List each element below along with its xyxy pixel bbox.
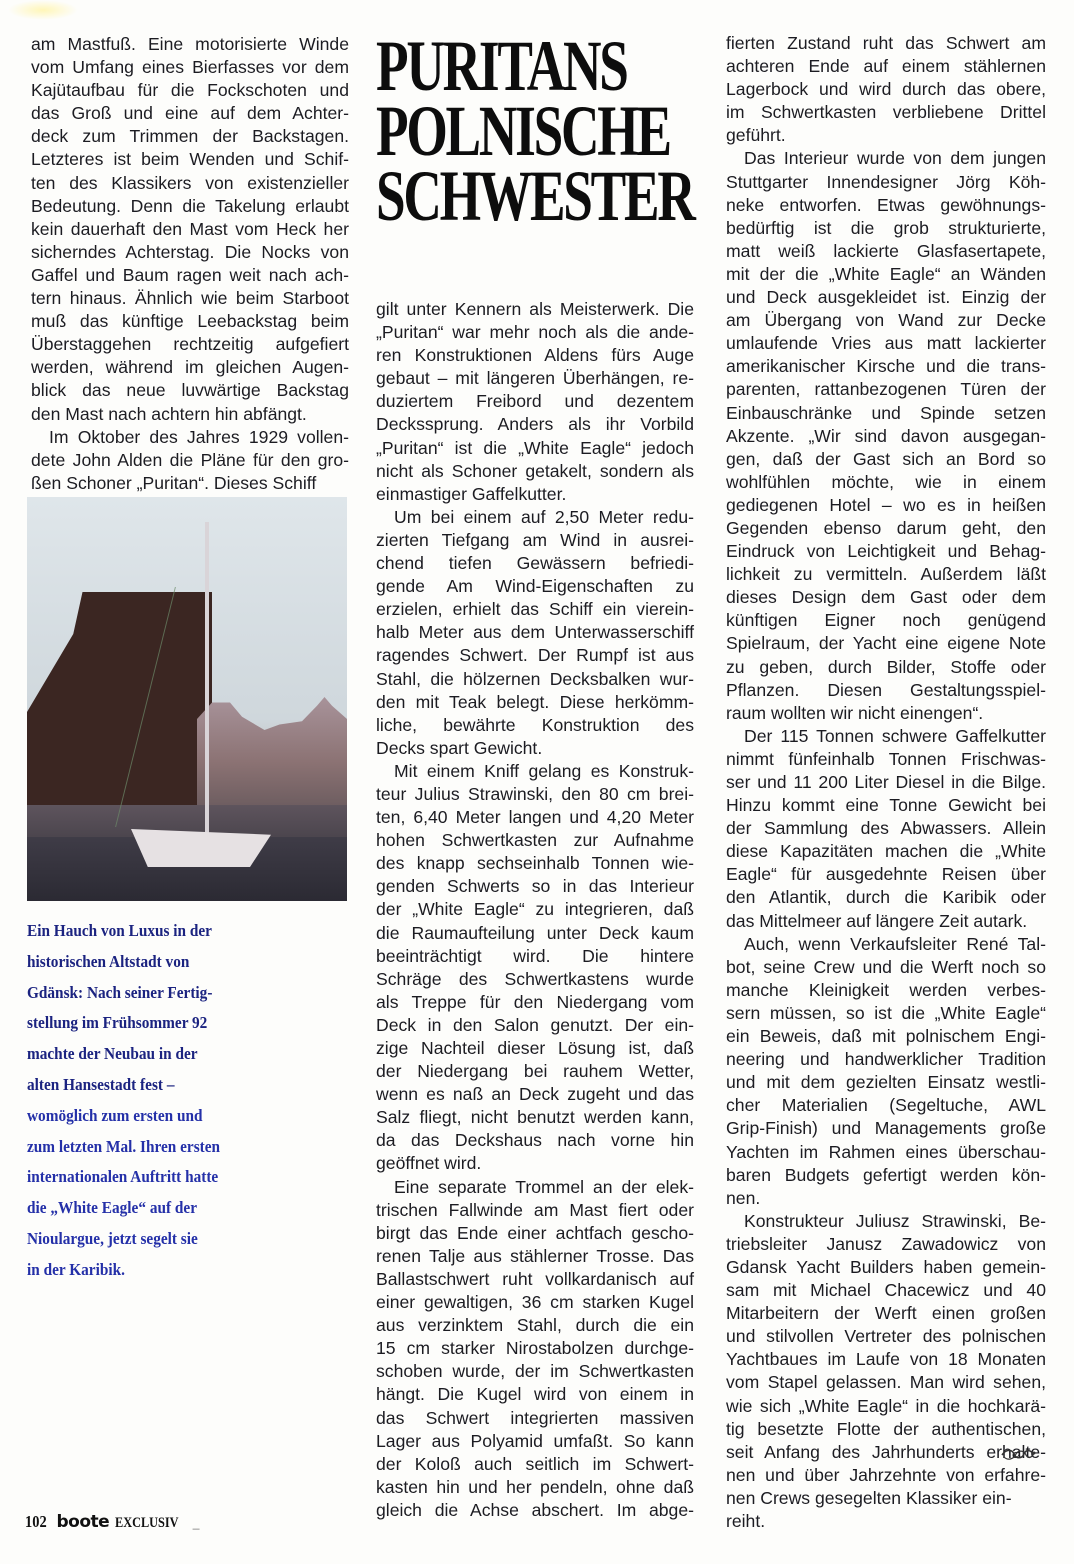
text-line: den mit Teak belegt. Diese herkömm- <box>376 691 694 714</box>
text-line: Pflanzen. Diesen Gestaltungsspiel- <box>726 679 1046 702</box>
text-line: neering und handwerklicher Tradition <box>726 1048 1046 1071</box>
page-footer: 102 boote EXCLUSIV _ <box>25 1512 199 1532</box>
text-line: renen Talje aus stählerner Trosse. Das <box>376 1245 694 1268</box>
text-line: Deckssprung. Anders als ihr Vorbild <box>376 413 694 436</box>
caption-line: internationalen Auftritt hatte <box>27 1162 297 1193</box>
text-line: ten des Klassikers von existenzieller <box>31 172 349 195</box>
text-line: und stilvollen Vertreter des polnischen <box>726 1325 1046 1348</box>
text-line: und Deck ausgekleidet ist. Einzig der <box>726 286 1046 309</box>
text-line: Kajütaufbau für die Fockschoten und <box>31 79 349 102</box>
text-line: gen, daß der Gast sich an Bord so <box>726 448 1046 471</box>
text-line: tig besetzte Flotte der authentischen, <box>726 1418 1046 1441</box>
text-line: cher Materialien (Segeltuche, AWL <box>726 1094 1046 1117</box>
text-line: nen Crews gesegelten Klassiker ein- <box>726 1487 1046 1510</box>
text-line: amerikanischer Kirsche und die trans- <box>726 355 1046 378</box>
text-line: das Mittelmeer auf längere Zeit autark. <box>726 910 1046 933</box>
text-line: einmastiger Gaffelkutter. <box>376 483 694 506</box>
text-line: da das Deckshaus nach vorne hin <box>376 1129 694 1152</box>
headline-line-3: SCHWESTER <box>376 164 620 229</box>
text-line: „Puritan“ war mehr noch als die ande- <box>376 321 694 344</box>
text-line: vom Umfang eines Bierfasses vor dem <box>31 56 349 79</box>
text-line: hängt. Die Kugel wird von einem in <box>376 1383 694 1406</box>
text-line: Schräge des Schwertkastens wurde <box>376 968 694 991</box>
text-line: Salz fliegt, nicht benutzt werden kann, <box>376 1106 694 1129</box>
text-line: Stuttgarter Innendesigner Jörg Köh- <box>726 171 1046 194</box>
text-line: mit der die „White Eagle“ an Wänden <box>726 263 1046 286</box>
text-line: sicherndes Achterstag. Die Nocks von <box>31 241 349 264</box>
text-line: nen. <box>726 1187 1046 1210</box>
text-line: der Niedergang bei rauhem Wetter, <box>376 1060 694 1083</box>
caption-line: zum letzten Mal. Ihren ersten <box>27 1132 297 1163</box>
text-line: Mitarbeitern der Werft einen großen <box>726 1302 1046 1325</box>
magazine-section: EXCLUSIV <box>115 1515 179 1532</box>
text-line: kein dauerhaft den Mast vom Heck her <box>31 218 349 241</box>
text-line: gende Am Wind-Eigenschaften zu <box>376 575 694 598</box>
caption-line: in der Karibik. <box>27 1255 297 1286</box>
text-line: erzielen, erhielt das Schiff ein vierein… <box>376 598 694 621</box>
rope-knot-end-icon <box>1000 1447 1036 1461</box>
text-line: dete John Alden die Pläne für den gro- <box>31 449 349 472</box>
text-line: ser und 11 200 Liter Diesel in die Bilge… <box>726 771 1046 794</box>
text-line: triebsleiter Janusz Zawadowicz von <box>726 1233 1046 1256</box>
text-line: im Schwertkasten verbliebene Drittel <box>726 101 1046 124</box>
caption-line: machte der Neubau in der <box>27 1039 297 1070</box>
text-line: Um bei einem auf 2,50 Meter redu- <box>376 506 694 529</box>
text-line: der Sammlung des Abwassers. Allein <box>726 817 1046 840</box>
text-line: diese Kapazitäten machen die „White <box>726 840 1046 863</box>
headline-line-2: POLNISCHE <box>376 99 620 164</box>
text-line: als Treppe für den Niedergang vom <box>376 991 694 1014</box>
text-line: das Schwert integrierten massiven <box>376 1407 694 1430</box>
text-line: parenten, rattanbezogenen Türen der <box>726 378 1046 401</box>
text-line: nimmt fünfeinhalb Tonnen Frischwas- <box>726 748 1046 771</box>
text-line: deck zum Trimmen der Backstagen. <box>31 125 349 148</box>
text-line: umlaufende Vries aus matt lackierter <box>726 332 1046 355</box>
article-column-1: am Mastfuß. Eine motorisierte Windevom U… <box>31 33 349 495</box>
text-line: bot, seine Crew und die Werft noch so <box>726 956 1046 979</box>
text-line: Hinzu kommt eine Tonne Gewicht bei <box>726 794 1046 817</box>
text-line: Grip-Finish) und Managements große <box>726 1117 1046 1140</box>
text-line: fierten Zustand ruht das Schwert am <box>726 32 1046 55</box>
headline: PURITANS POLNISCHE SCHWESTER <box>376 34 620 229</box>
text-line: Gaffel und Baum ragen weit nach ach- <box>31 264 349 287</box>
text-line: bedürftig ist die grob strukturierte, <box>726 217 1046 240</box>
text-line: reiht. <box>726 1510 1046 1533</box>
text-line: genden Schwerts so in das Interieur <box>376 875 694 898</box>
caption-line: historischen Altstadt von <box>27 947 297 978</box>
text-line: Eagle“ für ausgedehnte Reisen über <box>726 863 1046 886</box>
text-line: duziertem Freibord und dezentem <box>376 390 694 413</box>
text-line: sern müssen, so ist die „White Eagle“ <box>726 1002 1046 1025</box>
text-line: Überstaggehen rechtzeitig aufgefiert <box>31 333 349 356</box>
text-line: wenn es naß an Deck zugeht und das <box>376 1083 694 1106</box>
text-line: das Groß und eine auf dem Achter- <box>31 102 349 125</box>
caption-line: womöglich zum ersten und <box>27 1101 297 1132</box>
text-line: Lager aus Polyamid umfaßt. So kann <box>376 1430 694 1453</box>
text-line: tern hinaus. Ähnlich wie beim Starboot <box>31 287 349 310</box>
text-line: Yachtbaues im Laufe von 18 Monaten <box>726 1348 1046 1371</box>
text-line: achteren Ende auf einem stählernen <box>726 55 1046 78</box>
text-line: chend tiefen Gewässern befriedi- <box>376 552 694 575</box>
caption-line: Gdänsk: Nach seiner Fertig- <box>27 978 297 1009</box>
text-line: Spielraum, der Yacht eine eigene Note <box>726 632 1046 655</box>
text-line: trischen Fallwinde am Mast fiert oder <box>376 1199 694 1222</box>
article-column-2: gilt unter Kennern als Meisterwerk. Die„… <box>376 298 694 1522</box>
text-line: Decks spart Gewicht. <box>376 737 694 760</box>
text-line: am Übergang von Wand zur Decke <box>726 309 1046 332</box>
text-line: Auch, wenn Verkaufsleiter René Tal- <box>726 933 1046 956</box>
text-line: beeinträchtigt wird. Die hintere <box>376 945 694 968</box>
text-line: ein Beweis, daß mit polnischem Engi- <box>726 1025 1046 1048</box>
page-number: 102 <box>25 1512 47 1532</box>
text-line: zige Nachteil dieser Lösung ist, daß <box>376 1037 694 1060</box>
text-line: zierten Tiefgang am Wind in ausrei- <box>376 529 694 552</box>
text-line: ragendes Schwert. Der Rumpf ist aus <box>376 644 694 667</box>
text-line: und mit dem gezielten Einsatz westli- <box>726 1071 1046 1094</box>
headline-line-1: PURITANS <box>376 34 620 99</box>
text-line: kasten hin und her pendeln, ohne daß <box>376 1476 694 1499</box>
caption-line: Nioulargue, jetzt segelt sie <box>27 1224 297 1255</box>
text-line: 15 cm starker Nirostabolzen durchge- <box>376 1337 694 1360</box>
text-line: der „White Eagle“ zu integrieren, daß <box>376 898 694 921</box>
text-line: vom Stapel gelassen. Man wird sehen, <box>726 1371 1046 1394</box>
text-line: Ballastschwert ruht vollkardanisch auf <box>376 1268 694 1291</box>
text-line: Konstrukteur Juliusz Strawinski, Be- <box>726 1210 1046 1233</box>
text-line: Yachten im Rahmen eines überschau- <box>726 1141 1046 1164</box>
text-line: gilt unter Kennern als Meisterwerk. Die <box>376 298 694 321</box>
text-line: Gegenden ebenso darum geht, den <box>726 517 1046 540</box>
text-line: Stahl, die hölzernen Decksbalken wur- <box>376 668 694 691</box>
footer-dash: _ <box>193 1516 200 1530</box>
text-line: ten, 6,40 Meter langen und 4,20 Meter <box>376 806 694 829</box>
text-line: die Raumaufteilung unter Deck kaum <box>376 922 694 945</box>
text-line: Einbauschränke und Spinde setzen <box>726 402 1046 425</box>
text-line: hohen Schwertkasten zur Aufnahme <box>376 829 694 852</box>
magazine-logo: boote <box>57 1512 110 1532</box>
text-line: Akzente. „Wir sind davon ausgegan- <box>726 425 1046 448</box>
text-line: „Puritan“ ist die „White Eagle“ jedoch <box>376 437 694 460</box>
photo-white-eagle-gdansk <box>27 497 347 901</box>
text-line: Im Oktober des Jahres 1929 vollen- <box>31 426 349 449</box>
text-line: Gdansk Yacht Builders haben gemein- <box>726 1256 1046 1279</box>
text-line: gleich die Achse abschert. Im abge- <box>376 1499 694 1522</box>
paper-stain <box>8 0 78 20</box>
text-line: birgt das Ende einer achtfach gescho- <box>376 1222 694 1245</box>
text-line: schoben wurde, der im Schwertkasten <box>376 1360 694 1383</box>
text-line: Mit einem Kniff gelang es Konstruk- <box>376 760 694 783</box>
text-line: einer gewaltigen, 36 cm starken Kugel <box>376 1291 694 1314</box>
text-line: Der 115 Tonnen schwere Gaffelkutter <box>726 725 1046 748</box>
text-line: gebaut – mit längeren Überhängen, re- <box>376 367 694 390</box>
text-line: Deck in den Salon genutzt. Der ein- <box>376 1014 694 1037</box>
text-line: zu geben, durch Bilder, Stoffe oder <box>726 656 1046 679</box>
text-line: halb Meter aus dem Unterwasserschiff <box>376 621 694 644</box>
text-line: nen und über Jahrzehnte von erfahre- <box>726 1464 1046 1487</box>
text-line: seit Anfang des Jahrhunderts erhalte- <box>726 1441 1046 1464</box>
photo-old-town-houses <box>197 697 347 807</box>
text-line: werden, während im gleichen Augen- <box>31 356 349 379</box>
caption-line: die „White Eagle“ auf der <box>27 1193 297 1224</box>
text-line: den Mast nach achtern hin abfängt. <box>31 403 349 426</box>
text-line: geöffnet wird. <box>376 1152 694 1175</box>
photo-mast <box>205 522 209 842</box>
text-line: manche Kleinigkeit werden verbes- <box>726 979 1046 1002</box>
text-line: des knapp sechseinhalb Tonnen wie- <box>376 852 694 875</box>
text-line: geführt. <box>726 124 1046 147</box>
text-line: am Mastfuß. Eine motorisierte Winde <box>31 33 349 56</box>
text-line: Eine separate Trommel an der elek- <box>376 1176 694 1199</box>
photo-caption: Ein Hauch von Luxus in der historischen … <box>27 916 297 1286</box>
text-line: Lagerbock und wird durch das obere, <box>726 78 1046 101</box>
text-line: der Koloß auch seitlich im Schwert- <box>376 1453 694 1476</box>
text-line: Eindruck von Leichtigkeit und Behag- <box>726 540 1046 563</box>
caption-line: Ein Hauch von Luxus in der <box>27 916 297 947</box>
text-line: liche, bewährte Konstruktion des <box>376 714 694 737</box>
photo-yacht-hull <box>131 829 271 867</box>
text-line: blick das neue luvwärtige Backstag <box>31 379 349 402</box>
text-line: neke entworfen. Etwas gewöhnungs- <box>726 194 1046 217</box>
text-line: sam mit Michael Chacewicz und 40 <box>726 1279 1046 1302</box>
caption-line: alten Hansestadt fest – <box>27 1070 297 1101</box>
text-line: muß das künftige Leebackstag beim <box>31 310 349 333</box>
text-line: ren Konstruktionen Aldens fürs Auge <box>376 344 694 367</box>
text-line: wohlfühlen möchte, wie in einem <box>726 471 1046 494</box>
article-column-3: fierten Zustand ruht das Schwert amachte… <box>726 32 1046 1533</box>
text-line: aus verzinktem Stahl, durch die ein <box>376 1314 694 1337</box>
text-line: künftigen Eigner noch genügend <box>726 609 1046 632</box>
caption-line: stellung im Frühsommer 92 <box>27 1008 297 1039</box>
text-line: wie sich „White Eagle“ in die hochkarä- <box>726 1395 1046 1418</box>
text-line: Bedeutung. Denn die Takelung erlaubt <box>31 195 349 218</box>
text-line: matt weiß lackierte Glasfasertapete, <box>726 240 1046 263</box>
text-line: teur Julius Strawinski, den 80 cm brei- <box>376 783 694 806</box>
text-line: raum wollten wir nicht einengen“. <box>726 702 1046 725</box>
text-line: lichkeit zu vermitteln. Außerdem läßt <box>726 563 1046 586</box>
text-line: baren Budgets gefertigt werden kön- <box>726 1164 1046 1187</box>
text-line: gediegenen Hotel – wo es in heißen <box>726 494 1046 517</box>
text-line: Letzteres ist beim Wenden und Schif- <box>31 148 349 171</box>
text-line: nicht als Schoner getakelt, sondern als <box>376 460 694 483</box>
text-line: ßen Schoner „Puritan“. Dieses Schiff <box>31 472 349 495</box>
text-line: Das Interieur wurde von dem jungen <box>726 147 1046 170</box>
text-line: den Atlantik, durch die Karibik oder <box>726 886 1046 909</box>
text-line: dieses Design dem Gast oder dem <box>726 586 1046 609</box>
